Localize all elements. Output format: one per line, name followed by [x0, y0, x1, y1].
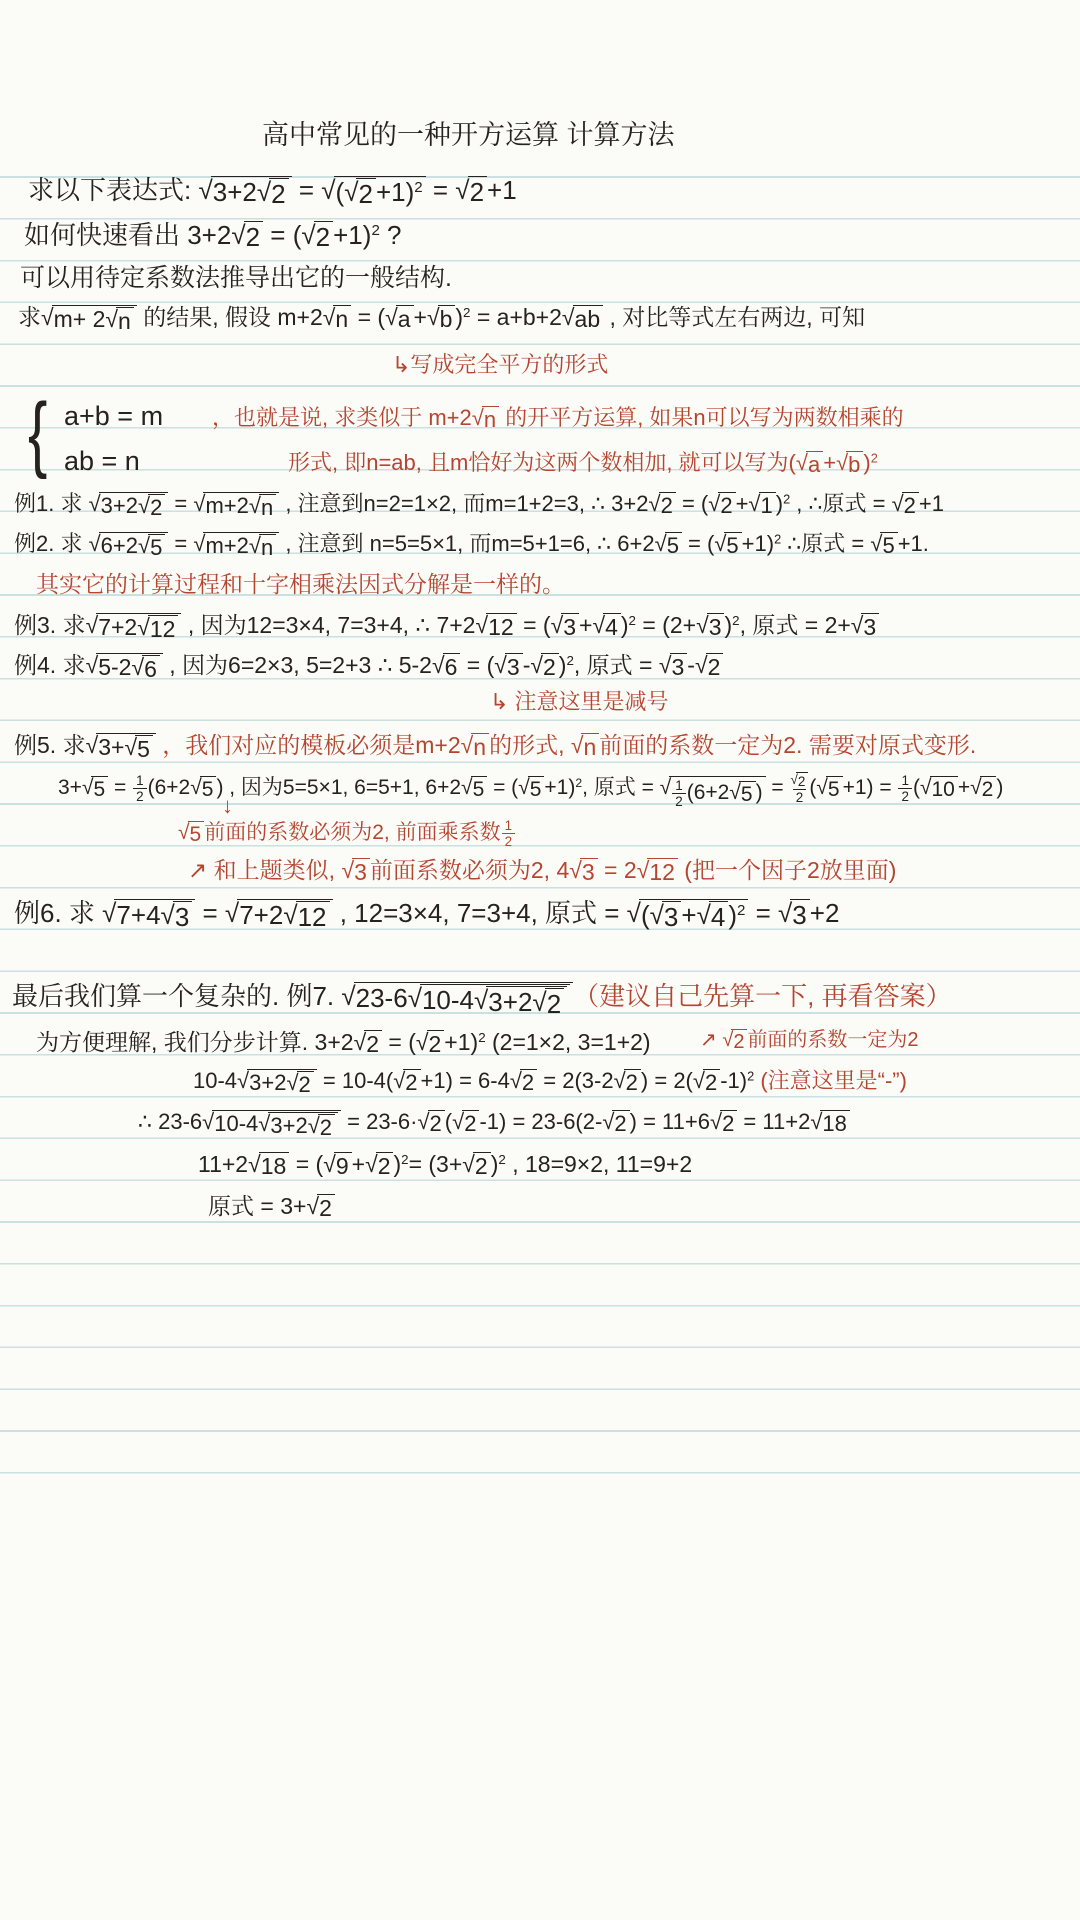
sqrt-radical: √12	[475, 613, 516, 641]
example-3: 例3. 求√7+2√12 , 因为12=3×4, 7=3+4, ∴ 7+2√12…	[14, 611, 879, 643]
sqrt-radical: √10	[920, 776, 958, 802]
radicand: 3+√5	[96, 733, 156, 763]
note-similar: ↗ 和上题类似, √3前面系数必须为2, 4√3 = 2√12 (把一个因子2放…	[188, 856, 896, 886]
radicand: 12	[647, 858, 678, 886]
radicand: 9	[334, 1152, 352, 1180]
note-coefficient-two: ↗ √2前面的系数一定为2	[700, 1028, 919, 1054]
sqrt-radical: √m+ 2√n	[41, 305, 137, 335]
notebook-page: 高中常见的一种开方运算 计算方法求以下表达式: √3+2√2 = √(√2+1)…	[0, 0, 1080, 1920]
sqrt-radical: √2	[693, 1069, 720, 1096]
sqrt-radical: √3	[494, 653, 522, 681]
radicand: 3	[861, 613, 879, 641]
sqrt-radical: √7+2√12	[86, 613, 182, 643]
sqrt-radical: √5	[518, 776, 544, 802]
radicand: 10-4√3+2√2	[212, 1110, 341, 1141]
sqrt-radical: √n	[249, 534, 276, 561]
sqrt-radical: √2	[892, 492, 919, 519]
line-method: 可以用待定系数法推导出它的一般结构.	[20, 262, 452, 294]
radicand: 2	[269, 178, 288, 209]
radicand: 5	[665, 532, 682, 559]
radicand: 2	[314, 221, 333, 252]
sqrt-radical: √6	[432, 653, 460, 681]
radicand: 2	[720, 1110, 737, 1137]
example-7-step-3: ∴ 23-6√10-4√3+2√2 = 23-6·√2(√2-1) = 23-6…	[138, 1108, 850, 1141]
radicand: 3	[505, 653, 523, 681]
radicand: n	[482, 406, 499, 433]
radicand: 6+2√5	[99, 532, 169, 561]
system-note-1: ，也就是说, 求类似于 m+2√n 的开平方运算, 如果n可以写为两数相乘的	[212, 404, 904, 433]
sqrt-radical: √m+2√n	[193, 532, 279, 561]
example-5: 例5. 求√3+√5 ，我们对应的模板必须是m+2√n的形式, √n前面的系数一…	[14, 731, 976, 763]
sqrt-radical: √7+4√3	[102, 899, 195, 932]
radicand: 2	[427, 1030, 445, 1058]
radicand: 5	[826, 776, 843, 802]
sqrt-radical: √2	[970, 776, 996, 802]
radicand: n	[471, 733, 489, 761]
sqrt-radical: √3	[569, 858, 597, 886]
radicand: m+2√n	[203, 492, 279, 521]
radicand: 2	[541, 653, 559, 681]
superscript: 2	[463, 305, 470, 320]
system-brace: {	[28, 392, 47, 476]
sqrt-radical: √b	[836, 451, 863, 478]
example-4: 例4. 求√5-2√6 , 因为6=2×3, 5=2+3 ∴ 5-2√6 = (…	[14, 651, 723, 683]
sqrt-radical: √2	[649, 492, 676, 519]
sqrt-radical: √2	[695, 653, 723, 681]
sqrt-radical: √2	[710, 1110, 737, 1137]
sqrt-radical: √5	[655, 532, 682, 559]
radicand: 7+2√12	[96, 613, 181, 643]
superscript: 2	[566, 653, 573, 668]
radicand: 2	[731, 1029, 747, 1053]
sqrt-radical: √2	[138, 494, 165, 521]
radicand: 2	[468, 176, 487, 207]
sqrt-radical: √12	[283, 901, 329, 932]
radicand: 3+2√2	[247, 1069, 317, 1098]
red-annotation: (注意这里是“-”)	[754, 1068, 907, 1093]
radicand: 4	[709, 901, 728, 932]
note-coefficient-half: √5前面的系数必须为2, 前面乘系数12	[178, 818, 516, 849]
sqrt-radical: √2	[530, 653, 558, 681]
radicand: n	[581, 733, 599, 761]
sqrt-radical: √ab	[562, 305, 603, 333]
sqrt-radical: √3	[659, 653, 687, 681]
sqrt-radical: √3	[778, 899, 810, 930]
radicand: b	[846, 451, 863, 478]
radicand: b	[438, 305, 456, 333]
radicand: 2	[376, 1152, 394, 1180]
sqrt-radical: √6	[131, 655, 159, 683]
sqrt-radical: √23-6√10-4√3+2√2	[341, 982, 573, 1019]
radicand: n	[116, 307, 134, 335]
radicand: 5-2√6	[96, 653, 163, 683]
system-eq-2: ab = n	[64, 444, 140, 479]
radicand: n	[259, 534, 276, 561]
radicand: 3	[790, 899, 809, 930]
radicand: a	[806, 451, 823, 478]
superscript: 2	[732, 613, 739, 628]
radicand: n	[259, 494, 276, 521]
example-5-step: 3+√5 = 12(6+2√5) , 因为5=5×1, 6=5+1, 6+2√5…	[58, 772, 1003, 809]
sqrt-radical: √10-4√3+2√2	[202, 1110, 341, 1141]
fraction-denominator: 2	[502, 833, 515, 849]
red-annotation: （建议自己先算一下, 再看答案）	[573, 981, 951, 1011]
sqrt-radical: √3+2√2	[198, 176, 291, 209]
sqrt-radical: √2	[614, 1069, 641, 1096]
sqrt-radical: √2	[791, 772, 809, 789]
superscript: 2	[629, 613, 636, 628]
example-7-step-4: 11+2√18 = (√9+√2)2= (3+√2)2 , 18=9×2, 11…	[198, 1150, 692, 1180]
sqrt-radical: √2	[286, 1071, 313, 1098]
radicand: 2	[148, 494, 165, 521]
sqrt-radical: √(√3+√4)2	[627, 899, 749, 932]
radicand: ab	[573, 305, 604, 333]
sqrt-radical: √4	[592, 613, 620, 641]
radicand: 5	[91, 776, 108, 802]
sqrt-radical: √12(6+2√5)	[660, 776, 766, 809]
sqrt-radical: √a	[796, 451, 823, 478]
sqrt-radical: √2	[344, 178, 376, 209]
sqrt-radical: √5	[816, 776, 842, 802]
fraction-denominator: 2	[898, 788, 911, 804]
radicand: 23-6√10-4√3+2√2	[354, 982, 574, 1019]
note-cross-multiply: 其实它的计算过程和十字相乘法因式分解是一样的。	[36, 570, 565, 599]
radicand: 2	[428, 1110, 445, 1137]
sqrt-radical: √18	[810, 1110, 850, 1137]
radicand: 18	[820, 1110, 849, 1137]
sqrt-radical: √5	[870, 532, 897, 559]
sqrt-radical: √n	[105, 307, 133, 335]
sqrt-radical: √3+2√2	[474, 986, 567, 1019]
radicand: 5	[880, 532, 897, 559]
fraction-numerator: 1	[136, 773, 143, 788]
radicand: 2	[403, 1069, 420, 1096]
line-general: 求√m+ 2√n 的结果, 假设 m+2√n = (√a+√b)2 = a+b+…	[18, 303, 865, 335]
radicand: 5	[200, 776, 217, 802]
sqrt-radical: √3+2√2	[89, 492, 169, 521]
sqrt-radical: √3	[341, 858, 369, 886]
radicand: 12	[486, 613, 517, 641]
line-question: 如何快速看出 3+2√2 = (√2+1)2 ?	[24, 219, 402, 252]
sqrt-radical: √2	[510, 1069, 537, 1096]
radicand: 2	[520, 1069, 537, 1096]
fraction-denominator: 2	[793, 789, 806, 805]
radicand: 3+2√2	[211, 176, 292, 209]
radicand: 7+4√3	[114, 899, 195, 932]
example-6: 例6. 求 √7+4√3 = √7+2√12 , 12=3×4, 7=3+4, …	[14, 897, 839, 932]
sqrt-radical: √n	[461, 733, 489, 761]
radicand: 2	[706, 653, 724, 681]
radicand: 3	[561, 613, 579, 641]
radicand: m+ 2√n	[52, 305, 137, 335]
sqrt-radical: √2	[532, 988, 564, 1019]
sqrt-radical: √5	[714, 532, 741, 559]
sqrt-radical: √n	[249, 494, 276, 521]
fraction: 12	[133, 773, 146, 804]
sqrt-radical: √5	[124, 735, 152, 763]
radicand: 2	[297, 1071, 314, 1098]
sqrt-radical: √5	[190, 776, 216, 802]
radicand: 2	[244, 221, 263, 252]
sqrt-radical: √2	[455, 176, 487, 207]
radicand: 2	[718, 492, 735, 519]
radicand: (√3+√4)2	[639, 899, 748, 932]
sqrt-radical: √2	[354, 1030, 382, 1058]
sqrt-radical: √6+2√5	[89, 532, 169, 561]
sqrt-radical: √3+2√2	[237, 1069, 317, 1098]
radicand: 2	[624, 1069, 641, 1096]
radicand: n	[333, 305, 351, 333]
radicand: 3	[670, 653, 688, 681]
superscript: 2	[737, 902, 745, 919]
sqrt-radical: √5	[729, 781, 755, 807]
superscript: 2	[478, 1030, 485, 1045]
radicand: 2	[356, 178, 375, 209]
sqrt-radical: √2	[365, 1152, 393, 1180]
radicand: 2	[317, 1194, 335, 1222]
example-2: 例2. 求 √6+2√5 = √m+2√n , 注意到 n=5=5×1, 而m=…	[14, 530, 929, 561]
fraction: √22	[791, 772, 809, 805]
superscript: 2	[575, 776, 582, 790]
page-title: 高中常见的一种开方运算 计算方法	[262, 118, 675, 153]
superscript: 2	[774, 531, 781, 546]
radicand: 2	[796, 772, 808, 789]
example-7: 最后我们算一个复杂的. 例7. √23-6√10-4√3+2√2（建议自己先算一…	[12, 980, 952, 1019]
radicand: 3	[173, 901, 192, 932]
sqrt-radical: √2	[257, 178, 289, 209]
radicand: 1	[759, 492, 776, 519]
radicand: 2	[659, 492, 676, 519]
superscript: 2	[783, 491, 790, 506]
radicand: 5	[724, 532, 741, 559]
example-7-step-2: 10-4√3+2√2 = 10-4(√2+1) = 6-4√2 = 2(3-2√…	[193, 1067, 907, 1098]
radicand: (√2+1)2	[334, 176, 426, 209]
example-1: 例1. 求 √3+2√2 = √m+2√n , 注意到n=2=1×2, 而m=1…	[14, 490, 944, 521]
radicand: 3+2√2	[268, 1112, 338, 1141]
radicand: 6	[142, 655, 160, 683]
sqrt-radical: √1	[748, 492, 775, 519]
sqrt-radical: √9	[323, 1152, 351, 1180]
arrow-down-icon: ↓	[222, 792, 233, 820]
radicand: 5	[135, 735, 153, 763]
sqrt-radical: √5	[138, 534, 165, 561]
radicand: 12	[296, 901, 330, 932]
sqrt-radical: √5	[178, 821, 204, 847]
radicand: 5	[188, 821, 205, 847]
sqrt-radical: √2	[462, 1152, 490, 1180]
radicand: 2	[462, 1110, 479, 1137]
sqrt-radical: √a	[385, 305, 413, 333]
fraction-denominator: 2	[672, 793, 685, 809]
radicand: 5	[471, 776, 488, 802]
sqrt-radical: √2	[602, 1110, 629, 1137]
sqrt-radical: √12	[637, 858, 678, 886]
radicand: 4	[603, 613, 621, 641]
fraction-numerator: 1	[675, 778, 682, 793]
sqrt-radical: √2	[306, 1194, 334, 1222]
radicand: 5	[528, 776, 545, 802]
system-eq-1: a+b = m	[64, 399, 163, 434]
sqrt-radical: √3	[161, 901, 193, 932]
note-minus-sign: ↳ 注意这里是减号	[490, 688, 669, 716]
superscript: 2	[371, 222, 379, 239]
radicand: 12	[148, 615, 179, 643]
sqrt-radical: √2	[708, 492, 735, 519]
radicand: 10-4√3+2√2	[420, 984, 570, 1019]
sqrt-radical: √3+√5	[86, 733, 156, 763]
system-note-2: 形式, 即n=ab, 且m恰好为这两个数相加, 就可以写为(√a+√b)2	[288, 449, 878, 478]
sqrt-radical: √2	[301, 221, 333, 252]
radicand: 2	[703, 1069, 720, 1096]
sqrt-radical: √3	[696, 613, 724, 641]
fraction: 12	[898, 773, 911, 804]
radicand: 5	[148, 534, 165, 561]
radicand: 3	[662, 901, 681, 932]
sqrt-radical: √18	[248, 1152, 289, 1180]
red-annotation: ，我们对应的模板必须是m+2√n的形式, √n前面的系数一定为2. 需要对原式变…	[156, 732, 976, 758]
superscript: 2	[871, 450, 878, 465]
radicand: 3+2√2	[99, 492, 169, 521]
fraction-numerator: √2	[791, 772, 809, 789]
note-perfect-square: ↳写成完全平方的形式	[392, 351, 608, 379]
radicand: 2	[902, 492, 919, 519]
fraction-numerator: 1	[901, 773, 908, 788]
sqrt-radical: √(√2+1)2	[321, 176, 425, 209]
sqrt-radical: √2	[452, 1110, 479, 1137]
radicand: 3+2√2	[486, 986, 567, 1019]
sqrt-radical: √b	[427, 305, 455, 333]
sqrt-radical: √10-4√3+2√2	[408, 984, 570, 1019]
radicand: 3	[580, 858, 598, 886]
sqrt-radical: √3	[551, 613, 579, 641]
sqrt-radical: √5	[82, 776, 108, 802]
radicand: 7+2√12	[237, 899, 332, 932]
radicand: 2	[318, 1114, 335, 1141]
sqrt-radical: √5-2√6	[86, 653, 163, 683]
sqrt-radical: √n	[472, 406, 499, 433]
sqrt-radical: √12	[137, 615, 178, 643]
sqrt-radical: √2	[231, 221, 263, 252]
fraction-numerator: 1	[505, 818, 512, 833]
radicand: 3	[352, 858, 370, 886]
sqrt-radical: √2	[308, 1114, 335, 1141]
radicand: 2	[980, 776, 997, 802]
fraction-denominator: 2	[133, 788, 146, 804]
radicand: 2	[473, 1152, 491, 1180]
sqrt-radical: √3+2√2	[258, 1112, 338, 1141]
radicand: 6	[443, 653, 461, 681]
sqrt-radical: √3	[851, 613, 879, 641]
radicand: 2	[364, 1030, 382, 1058]
sqrt-radical: √2	[722, 1029, 747, 1053]
radicand: 12(6+2√5)	[669, 776, 765, 809]
sqrt-radical: √n	[571, 733, 599, 761]
sqrt-radical: √7+2√12	[225, 899, 333, 932]
example-7-step-1: 为方便理解, 我们分步计算. 3+2√2 = (√2+1)2 (2=1×2, 3…	[36, 1028, 651, 1058]
example-7-answer: 原式 = 3+√2	[208, 1192, 335, 1222]
sqrt-radical: √4	[697, 901, 729, 932]
sqrt-radical: √2	[417, 1110, 444, 1137]
sqrt-radical: √3	[650, 901, 682, 932]
sqrt-radical: √m+2√n	[193, 492, 279, 521]
radicand: m+2√n	[203, 532, 279, 561]
fraction: 12	[672, 778, 685, 809]
line-intro-expr: 求以下表达式: √3+2√2 = √(√2+1)2 = √2+1	[28, 174, 517, 209]
radicand: 10	[930, 776, 958, 802]
radicand: a	[396, 305, 414, 333]
radicand: 18	[259, 1152, 290, 1180]
radicand: 2	[612, 1110, 629, 1137]
radicand: 5	[739, 781, 756, 807]
superscript: 2	[401, 1152, 408, 1167]
sqrt-radical: √2	[393, 1069, 420, 1096]
radicand: 2	[545, 988, 564, 1019]
sqrt-radical: √n	[323, 305, 351, 333]
radicand: 3	[707, 613, 725, 641]
sqrt-radical: √5	[461, 776, 487, 802]
superscript: 2	[498, 1152, 505, 1167]
superscript: 2	[414, 179, 422, 196]
sqrt-radical: √2	[416, 1030, 444, 1058]
fraction: 12	[502, 818, 515, 849]
